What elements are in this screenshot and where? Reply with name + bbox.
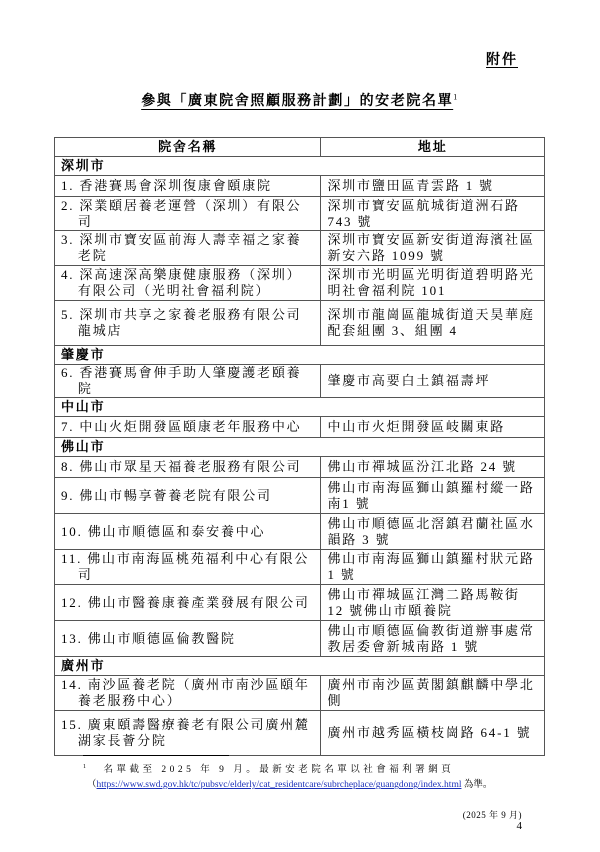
table-row: 15. 廣東頤壽醫療養老有限公司廣州麓湖家長薈分院廣州市越秀區橫枝崗路 64-1…: [55, 711, 545, 756]
home-name-cell: 5. 深圳市共享之家養老服務有限公司龍城店: [55, 301, 321, 346]
home-name-cell: 13. 佛山市順德區倫教醫院: [55, 621, 321, 657]
row-number: 2.: [61, 198, 74, 213]
home-name: 10. 佛山市順德區和泰安養中心: [61, 524, 314, 540]
footnote-link[interactable]: https://www.swd.gov.hk/tc/pubsvc/elderly…: [97, 780, 462, 790]
row-number: 11.: [61, 551, 82, 566]
table-row: 2. 深業頤居養老運營（深圳）有限公司深圳市寶安區航城街道洲石路 743 號: [55, 197, 545, 231]
footnote-marker: 1: [83, 764, 90, 770]
table-row: 7. 中山火炬開發區頤康老年服務中心中山市火炬開發區岐關東路: [55, 417, 545, 438]
annex-label: 附件: [486, 49, 518, 69]
row-number: 15.: [61, 717, 83, 732]
table-row: 8. 佛山市眾星天福養老服務有限公司佛山市禪城區汾江北路 24 號: [55, 457, 545, 478]
region-row: 廣州市: [55, 657, 545, 676]
page-title: 參與「廣東院舍照顧服務計劃」的安老院名單1: [0, 90, 600, 110]
address-cell: 深圳市寶安區航城街道洲石路 743 號: [321, 197, 545, 231]
footnote: 1名單截至 2025 年 9 月。最新安老院名單以社會福利署網頁 （https:…: [83, 760, 523, 793]
home-name-text: 佛山市南海區桃苑福利中心有限公司: [78, 551, 309, 582]
home-name-cell: 2. 深業頤居養老運營（深圳）有限公司: [55, 197, 321, 231]
home-name-cell: 7. 中山火炬開發區頤康老年服務中心: [55, 417, 321, 438]
home-name-text: 廣東頤壽醫療養老有限公司廣州麓湖家長薈分院: [78, 717, 310, 748]
region-name: 廣州市: [55, 657, 545, 676]
row-number: 10.: [61, 524, 83, 539]
home-name-cell: 1. 香港賽馬會深圳復康會頤康院: [55, 176, 321, 197]
home-name: 3. 深圳市寶安區前海人壽幸福之家養老院: [61, 232, 314, 264]
row-number: 5.: [61, 307, 74, 322]
header-home-name: 院舍名稱: [55, 138, 321, 157]
home-name-cell: 6. 香港賽馬會伸手助人肇慶護老頤養院: [55, 365, 321, 398]
row-number: 4.: [61, 267, 74, 282]
home-name: 5. 深圳市共享之家養老服務有限公司龍城店: [61, 307, 314, 339]
row-number: 3.: [61, 232, 74, 247]
table-row: 4. 深高速深高樂康健康服務（深圳）有限公司（光明社會福利院）深圳市光明區光明街…: [55, 266, 545, 301]
home-name: 4. 深高速深高樂康健康服務（深圳）有限公司（光明社會福利院）: [61, 267, 314, 299]
table-row: 14. 南沙區養老院（廣州市南沙區頤年養老服務中心）廣州市南沙區黃閣鎮麒麟中學北…: [55, 676, 545, 711]
row-number: 7.: [61, 419, 74, 434]
row-number: 14.: [61, 677, 83, 692]
table-header-row: 院舍名稱 地址: [55, 138, 545, 157]
address-cell: 佛山市禪城區江灣二路馬鞍街 12 號佛山市頤養院: [321, 585, 545, 621]
address-cell: 佛山市南海區獅山鎮羅村狀元路 1 號: [321, 550, 545, 585]
address-cell: 深圳市寶安區新安街道海濱社區新安六路 1099 號: [321, 231, 545, 266]
title-text: 參與「廣東院舍照顧服務計劃」的安老院名單: [141, 94, 453, 109]
home-name: 7. 中山火炬開發區頤康老年服務中心: [61, 419, 314, 435]
table-row: 9. 佛山市暢享薈養老院有限公司佛山市南海區獅山鎮羅村縱一路南1 號: [55, 478, 545, 514]
table-row: 6. 香港賽馬會伸手助人肇慶護老頤養院肇慶市高要白土鎮福壽坪: [55, 365, 545, 398]
address-cell: 廣州市越秀區橫枝崗路 64-1 號: [321, 711, 545, 756]
table-row: 13. 佛山市順德區倫教醫院佛山市順德區倫教街道辦事處常教居委會新城南路 1 號: [55, 621, 545, 657]
home-name: 13. 佛山市順德區倫教醫院: [61, 631, 314, 647]
footnote-link-line: （https://www.swd.gov.hk/tc/pubsvc/elderl…: [83, 778, 523, 793]
home-name-text: 佛山市暢享薈養老院有限公司: [79, 488, 271, 503]
date-note: (2025 年 9 月): [463, 808, 522, 821]
region-row: 深圳市: [55, 157, 545, 176]
region-name: 中山市: [55, 398, 545, 417]
row-number: 6.: [61, 365, 74, 380]
home-name-text: 深圳市寶安區前海人壽幸福之家養老院: [78, 232, 302, 263]
address-cell: 中山市火炬開發區岐關東路: [321, 417, 545, 438]
footnote-divider: [83, 755, 229, 756]
home-name: 14. 南沙區養老院（廣州市南沙區頤年養老服務中心）: [61, 677, 314, 709]
home-name-text: 佛山市醫養康養產業發展有限公司: [88, 595, 310, 610]
home-name: 8. 佛山市眾星天福養老服務有限公司: [61, 459, 314, 475]
region-name: 佛山市: [55, 438, 545, 457]
table-row: 5. 深圳市共享之家養老服務有限公司龍城店深圳市龍崗區龍城街道天昊華庭配套組團 …: [55, 301, 545, 346]
home-name-cell: 15. 廣東頤壽醫療養老有限公司廣州麓湖家長薈分院: [55, 711, 321, 756]
row-number: 12.: [61, 595, 83, 610]
home-name: 1. 香港賽馬會深圳復康會頤康院: [61, 178, 314, 194]
row-number: 1.: [61, 178, 74, 193]
home-name: 11. 佛山市南海區桃苑福利中心有限公司: [61, 551, 314, 583]
home-name-text: 香港賽馬會伸手助人肇慶護老頤養院: [78, 365, 302, 396]
home-name-cell: 4. 深高速深高樂康健康服務（深圳）有限公司（光明社會福利院）: [55, 266, 321, 301]
home-name-text: 佛山市順德區和泰安養中心: [88, 524, 266, 539]
table-row: 1. 香港賽馬會深圳復康會頤康院深圳市鹽田區青雲路 1 號: [55, 176, 545, 197]
home-name: 9. 佛山市暢享薈養老院有限公司: [61, 488, 314, 504]
title-footnote-ref[interactable]: 1: [453, 92, 459, 101]
home-name-text: 南沙區養老院（廣州市南沙區頤年養老服務中心）: [78, 677, 310, 708]
address-cell: 佛山市禪城區汾江北路 24 號: [321, 457, 545, 478]
home-name: 2. 深業頤居養老運營（深圳）有限公司: [61, 198, 314, 230]
header-address: 地址: [321, 138, 545, 157]
home-name-cell: 14. 南沙區養老院（廣州市南沙區頤年養老服務中心）: [55, 676, 321, 711]
footnote-open-paren: （: [87, 780, 97, 790]
home-name-text: 佛山市眾星天福養老服務有限公司: [79, 459, 301, 474]
home-name: 12. 佛山市醫養康養產業發展有限公司: [61, 595, 314, 611]
row-number: 13.: [61, 631, 83, 646]
row-number: 9.: [61, 488, 74, 503]
home-name-cell: 12. 佛山市醫養康養產業發展有限公司: [55, 585, 321, 621]
home-name-cell: 11. 佛山市南海區桃苑福利中心有限公司: [55, 550, 321, 585]
home-name-text: 佛山市順德區倫教醫院: [88, 631, 236, 646]
region-name: 深圳市: [55, 157, 545, 176]
home-name-text: 深圳市共享之家養老服務有限公司龍城店: [78, 307, 302, 338]
footnote-suffix: 為準。: [464, 780, 493, 790]
home-name: 6. 香港賽馬會伸手助人肇慶護老頤養院: [61, 365, 314, 397]
address-cell: 佛山市順德區北滘鎮君蘭社區水韻路 3 號: [321, 514, 545, 550]
region-row: 肇慶市: [55, 346, 545, 365]
address-cell: 深圳市光明區光明街道碧明路光明社會福利院 101: [321, 266, 545, 301]
home-name: 15. 廣東頤壽醫療養老有限公司廣州麓湖家長薈分院: [61, 717, 314, 749]
table-row: 3. 深圳市寶安區前海人壽幸福之家養老院深圳市寶安區新安街道海濱社區新安六路 1…: [55, 231, 545, 266]
elderly-home-table: 院舍名稱 地址 深圳市1. 香港賽馬會深圳復康會頤康院深圳市鹽田區青雲路 1 號…: [54, 137, 545, 756]
home-name-cell: 9. 佛山市暢享薈養老院有限公司: [55, 478, 321, 514]
home-name-cell: 3. 深圳市寶安區前海人壽幸福之家養老院: [55, 231, 321, 266]
table-row: 11. 佛山市南海區桃苑福利中心有限公司佛山市南海區獅山鎮羅村狀元路 1 號: [55, 550, 545, 585]
table-row: 10. 佛山市順德區和泰安養中心佛山市順德區北滘鎮君蘭社區水韻路 3 號: [55, 514, 545, 550]
home-name-text: 香港賽馬會深圳復康會頤康院: [79, 178, 271, 193]
home-name-text: 深業頤居養老運營（深圳）有限公司: [78, 198, 302, 229]
region-row: 中山市: [55, 398, 545, 417]
home-name-text: 中山火炬開發區頤康老年服務中心: [79, 419, 301, 434]
address-cell: 佛山市南海區獅山鎮羅村縱一路南1 號: [321, 478, 545, 514]
address-cell: 深圳市鹽田區青雲路 1 號: [321, 176, 545, 197]
address-cell: 廣州市南沙區黃閣鎮麒麟中學北側: [321, 676, 545, 711]
address-cell: 佛山市順德區倫教街道辦事處常教居委會新城南路 1 號: [321, 621, 545, 657]
row-number: 8.: [61, 459, 74, 474]
home-name-cell: 8. 佛山市眾星天福養老服務有限公司: [55, 457, 321, 478]
page-number: 4: [517, 820, 523, 832]
table-row: 12. 佛山市醫養康養產業發展有限公司佛山市禪城區江灣二路馬鞍街 12 號佛山市…: [55, 585, 545, 621]
region-name: 肇慶市: [55, 346, 545, 365]
home-name-text: 深高速深高樂康健康服務（深圳）有限公司（光明社會福利院）: [78, 267, 302, 298]
footnote-text: 名單截至 2025 年 9 月。最新安老院名單以社會福利署網頁: [104, 765, 455, 775]
region-row: 佛山市: [55, 438, 545, 457]
address-cell: 深圳市龍崗區龍城街道天昊華庭配套組團 3、組團 4: [321, 301, 545, 346]
home-name-cell: 10. 佛山市順德區和泰安養中心: [55, 514, 321, 550]
address-cell: 肇慶市高要白土鎮福壽坪: [321, 365, 545, 398]
